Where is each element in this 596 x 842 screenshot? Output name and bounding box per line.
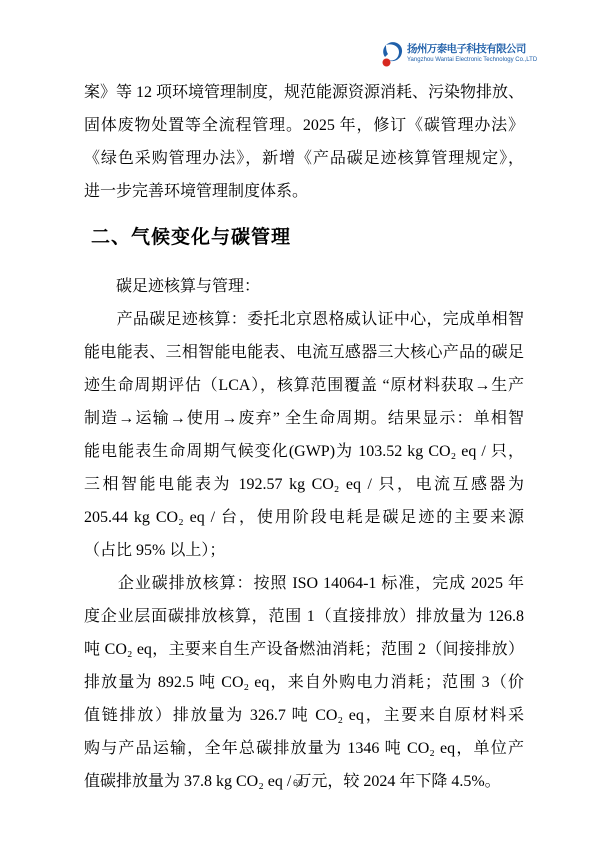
text-line: 度企业层面碳排放核算，范围 1（直接排放）排放量为 126.8: [84, 600, 524, 633]
text-line: 产品碳足迹核算：委托北京恩格威认证中心，完成单相智: [84, 303, 524, 336]
paragraph-carbon-footprint-intro: 碳足迹核算与管理：: [84, 270, 524, 303]
text-line: 205.44 kg CO₂ eq / 台，使用阶段电耗是碳足迹的主要来源: [84, 501, 524, 534]
company-name-en: Yangzhou Wantai Electronic Technology Co…: [407, 56, 537, 64]
text-line: 碳足迹核算与管理：: [84, 270, 524, 303]
section-heading-climate-carbon: 二、气候变化与碳管理: [84, 222, 524, 252]
text-line: 值链排放）排放量为 326.7 吨 CO₂ eq，主要来自原材料采: [84, 699, 524, 732]
paragraph-env-management: 案》等 12 项环境管理制度，规范能源资源消耗、污染物排放、固体废物处置等全流程…: [84, 76, 524, 208]
text-line: （占比 95% 以上）；: [84, 534, 524, 567]
text-line: 《绿色采购管理办法》，新增《产品碳足迹核算管理规定》，: [84, 142, 524, 175]
text-line: 排放量为 892.5 吨 CO₂ eq，来自外购电力消耗；范围 3（价: [84, 666, 524, 699]
text-line: 迹生命周期评估（LCA），核算范围覆盖 “原材料获取→生产: [84, 369, 524, 402]
document-page: { "page": { "page_number": "69" }, "logo…: [0, 0, 596, 842]
paragraph-product-carbon-footprint: 产品碳足迹核算：委托北京恩格威认证中心，完成单相智能电能表、三相智能电能表、电流…: [84, 303, 524, 567]
document-body: 案》等 12 项环境管理制度，规范能源资源消耗、污染物排放、固体废物处置等全流程…: [84, 76, 524, 798]
text-line: 购与产品运输，全年总碳排放量为 1346 吨 CO₂ eq，单位产: [84, 732, 524, 765]
text-line: 制造→运输→使用→废弃” 全生命周期。结果显示：单相智: [84, 402, 524, 435]
page-number: 69: [0, 778, 596, 788]
text-line: 固体废物处置等全流程管理。2025 年，修订《碳管理办法》: [84, 109, 524, 142]
text-line: 案》等 12 项环境管理制度，规范能源资源消耗、污染物排放、: [84, 76, 524, 109]
text-line: 进一步完善环境管理制度体系。: [84, 175, 524, 208]
text-line: 能电能表生命周期气候变化(GWP)为 103.52 kg CO₂ eq / 只，: [84, 435, 524, 468]
company-logo-icon: [382, 40, 403, 68]
text-line: 企业碳排放核算：按照 ISO 14064-1 标准，完成 2025 年: [84, 567, 524, 600]
company-logo: 扬州万泰电子科技有限公司 Yangzhou Wantai Electronic …: [382, 40, 522, 68]
company-name-zh: 扬州万泰电子科技有限公司: [407, 43, 537, 56]
text-line: 吨 CO₂ eq，主要来自生产设备燃油消耗；范围 2（间接排放）: [84, 633, 524, 666]
paragraph-enterprise-carbon-accounting: 企业碳排放核算：按照 ISO 14064-1 标准，完成 2025 年度企业层面…: [84, 567, 524, 798]
text-line: 能电能表、三相智能电能表、电流互感器三大核心产品的碳足: [84, 336, 524, 369]
text-line: 三相智能电能表为 192.57 kg CO₂ eq / 只，电流互感器为: [84, 468, 524, 501]
company-logo-text: 扬州万泰电子科技有限公司 Yangzhou Wantai Electronic …: [407, 40, 537, 64]
